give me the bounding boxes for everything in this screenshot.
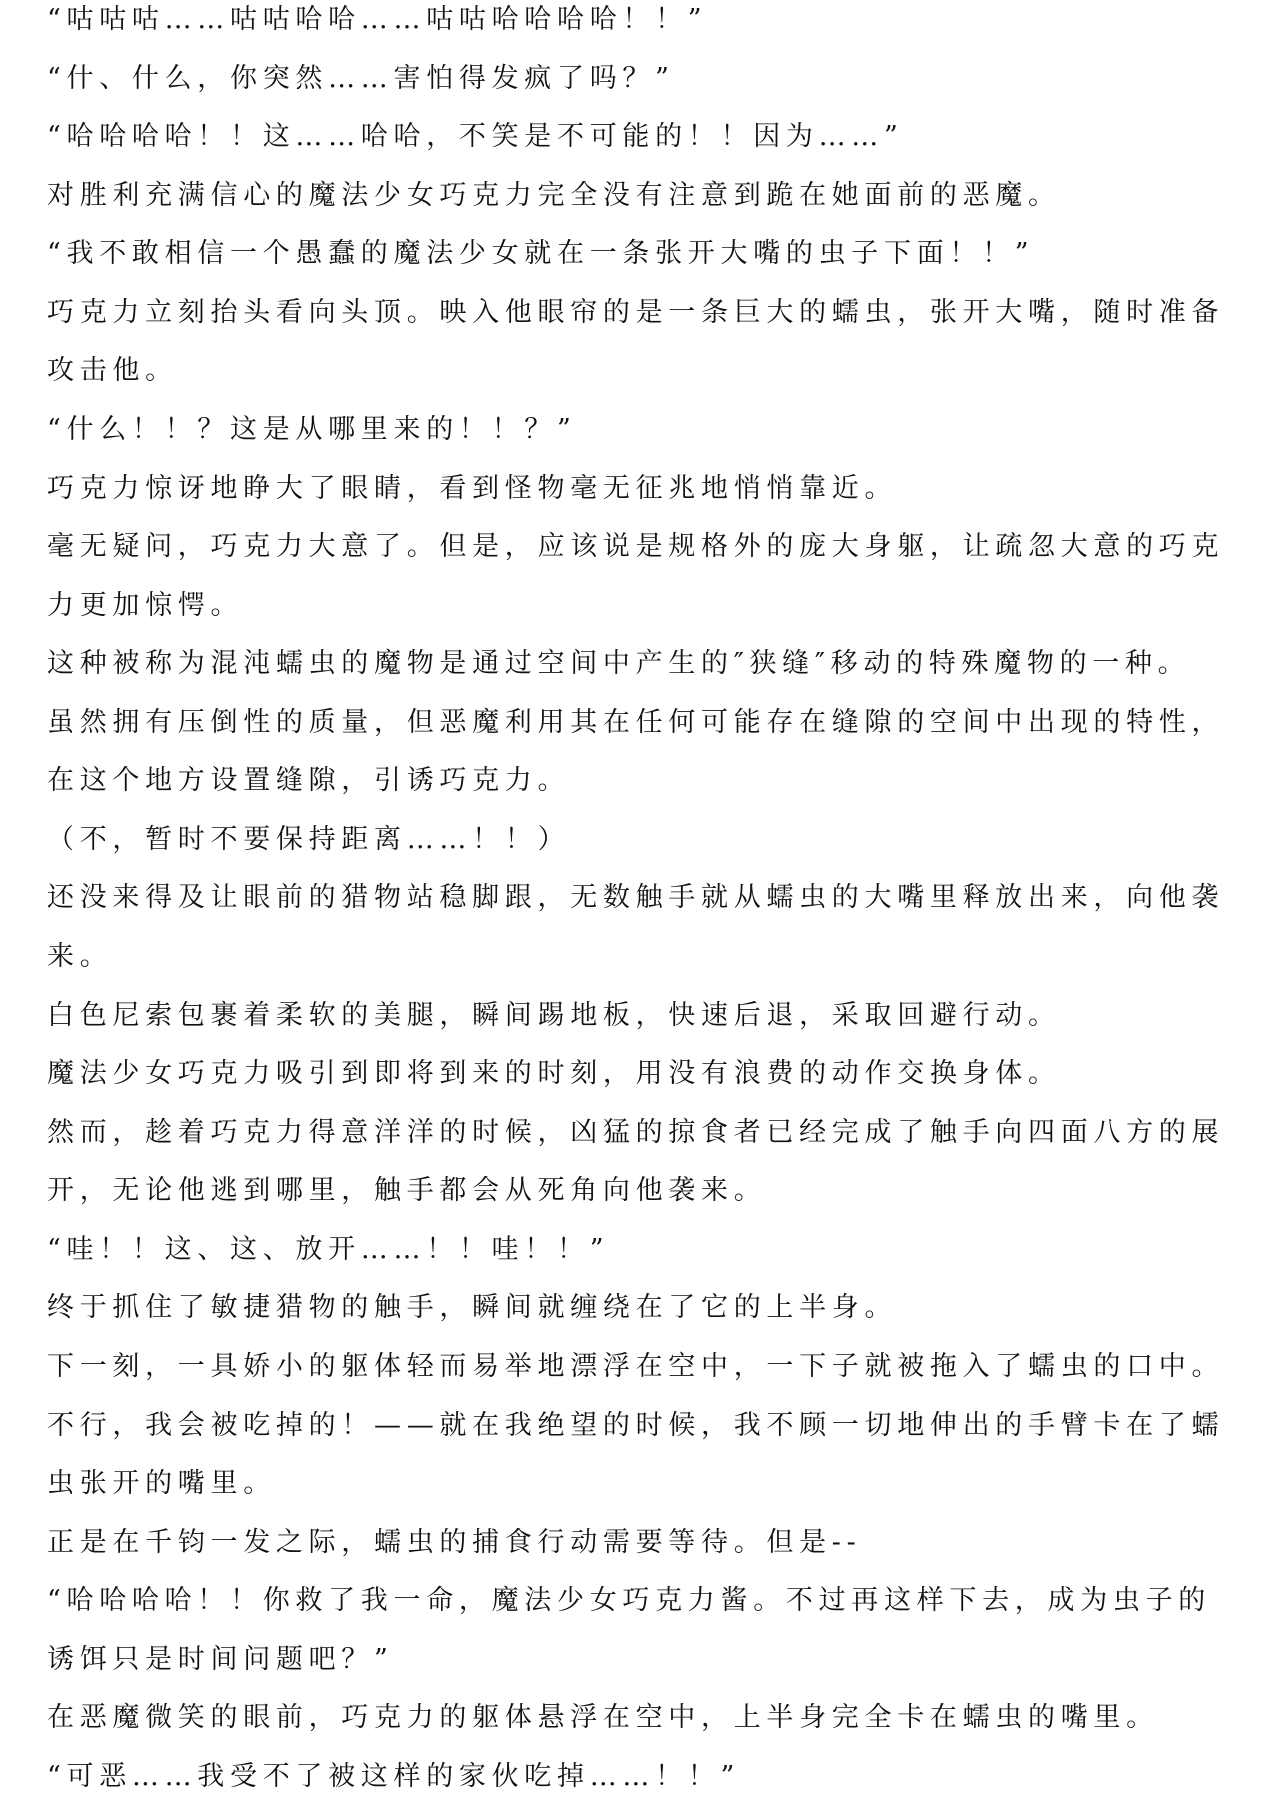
text-line: 毫无疑问，巧克力大意了。但是，应该说是规格外的庞大身躯，让疏忽大意的巧克 <box>47 518 1247 577</box>
text-line: 巧克力惊讶地睁大了眼睛，看到怪物毫无征兆地悄悄靠近。 <box>47 460 1247 519</box>
narration-paragraph: 然而，趁着巧克力得意洋洋的时候，凶猛的掠食者已经完成了触手向四面八方的展 开，无… <box>47 1104 1247 1221</box>
text-line: 这种被称为混沌蠕虫的魔物是通过空间中产生的″狭缝″移动的特殊魔物的一种。 <box>47 635 1247 694</box>
text-line: 来。 <box>47 928 1247 987</box>
dialogue-paragraph: “哈哈哈哈！！你救了我一命，魔法少女巧克力酱。不过再这样下去，成为虫子的 诱饵只… <box>47 1572 1247 1689</box>
dialogue-paragraph: “什么！！？这是从哪里来的！！？” <box>47 401 1247 460</box>
text-line: 攻击他。 <box>47 342 1247 401</box>
text-line: 虫张开的嘴里。 <box>47 1455 1247 1514</box>
narration-paragraph: 巧克力立刻抬头看向头顶。映入他眼帘的是一条巨大的蠕虫，张开大嘴，随时准备 攻击他… <box>47 284 1247 401</box>
text-line: 下一刻，一具娇小的躯体轻而易举地漂浮在空中，一下子就被拖入了蠕虫的口中。 <box>47 1338 1247 1397</box>
narration-paragraph: 毫无疑问，巧克力大意了。但是，应该说是规格外的庞大身躯，让疏忽大意的巧克 力更加… <box>47 518 1247 635</box>
text-line: 终于抓住了敏捷猎物的触手，瞬间就缠绕在了它的上半身。 <box>47 1279 1247 1338</box>
narration-paragraph: 不行，我会被吃掉的！——就在我绝望的时候，我不顾一切地伸出的手臂卡在了蠕 虫张开… <box>47 1397 1247 1514</box>
narration-paragraph: 终于抓住了敏捷猎物的触手，瞬间就缠绕在了它的上半身。 <box>47 1279 1247 1338</box>
dialogue-paragraph: “哇！！这、这、放开……！！哇！！” <box>47 1221 1247 1280</box>
text-line: “哈哈哈哈！！这……哈哈，不笑是不可能的！！因为……” <box>47 108 1247 167</box>
narration-paragraph: 正是在千钧一发之际，蠕虫的捕食行动需要等待。但是-- <box>47 1514 1247 1573</box>
text-line: 在恶魔微笑的眼前，巧克力的躯体悬浮在空中，上半身完全卡在蠕虫的嘴里。 <box>47 1689 1247 1748</box>
text-line: 开，无论他逃到哪里，触手都会从死角向他袭来。 <box>47 1162 1247 1221</box>
text-line: “可恶……我受不了被这样的家伙吃掉……！！” <box>47 1748 1247 1807</box>
text-line: 在这个地方设置缝隙，引诱巧克力。 <box>47 752 1247 811</box>
text-line: 然而，趁着巧克力得意洋洋的时候，凶猛的掠食者已经完成了触手向四面八方的展 <box>47 1104 1247 1163</box>
narration-paragraph: 在恶魔微笑的眼前，巧克力的躯体悬浮在空中，上半身完全卡在蠕虫的嘴里。 <box>47 1689 1247 1748</box>
text-line: “哇！！这、这、放开……！！哇！！” <box>47 1221 1247 1280</box>
dialogue-paragraph: “我不敢相信一个愚蠢的魔法少女就在一条张开大嘴的虫子下面！！” <box>47 225 1247 284</box>
text-line: “哈哈哈哈！！你救了我一命，魔法少女巧克力酱。不过再这样下去，成为虫子的 <box>47 1572 1247 1631</box>
dialogue-paragraph: “可恶……我受不了被这样的家伙吃掉……！！” <box>47 1748 1247 1807</box>
dialogue-paragraph: “什、什么，你突然……害怕得发疯了吗？” <box>47 50 1247 109</box>
text-line: 虽然拥有压倒性的质量，但恶魔利用其在任何可能存在缝隙的空间中出现的特性， <box>47 694 1247 753</box>
narration-paragraph: 巧克力惊讶地睁大了眼睛，看到怪物毫无征兆地悄悄靠近。 <box>47 460 1247 519</box>
narration-paragraph: 魔法少女巧克力吸引到即将到来的时刻，用没有浪费的动作交换身体。 <box>47 1045 1247 1104</box>
text-line: “我不敢相信一个愚蠢的魔法少女就在一条张开大嘴的虫子下面！！” <box>47 225 1247 284</box>
text-line: “咕咕咕……咕咕哈哈……咕咕哈哈哈哈！！” <box>47 0 1247 50</box>
text-line: 巧克力立刻抬头看向头顶。映入他眼帘的是一条巨大的蠕虫，张开大嘴，随时准备 <box>47 284 1247 343</box>
narration-paragraph: 下一刻，一具娇小的躯体轻而易举地漂浮在空中，一下子就被拖入了蠕虫的口中。 <box>47 1338 1247 1397</box>
narration-paragraph: 白色尼索包裹着柔软的美腿，瞬间踢地板，快速后退，采取回避行动。 <box>47 987 1247 1046</box>
text-line: 力更加惊愕。 <box>47 577 1247 636</box>
text-line: 正是在千钧一发之际，蠕虫的捕食行动需要等待。但是-- <box>47 1514 1247 1573</box>
narration-paragraph: 还没来得及让眼前的猎物站稳脚跟，无数触手就从蠕虫的大嘴里释放出来，向他袭 来。 <box>47 869 1247 986</box>
text-line: “什么！！？这是从哪里来的！！？” <box>47 401 1247 460</box>
thought-paragraph: （不，暂时不要保持距离……！！） <box>47 811 1247 870</box>
text-line: 还没来得及让眼前的猎物站稳脚跟，无数触手就从蠕虫的大嘴里释放出来，向他袭 <box>47 869 1247 928</box>
text-line: 白色尼索包裹着柔软的美腿，瞬间踢地板，快速后退，采取回避行动。 <box>47 987 1247 1046</box>
text-line: 魔法少女巧克力吸引到即将到来的时刻，用没有浪费的动作交换身体。 <box>47 1045 1247 1104</box>
dialogue-paragraph: “咕咕咕……咕咕哈哈……咕咕哈哈哈哈！！” <box>47 0 1247 50</box>
narration-paragraph: 这种被称为混沌蠕虫的魔物是通过空间中产生的″狭缝″移动的特殊魔物的一种。 <box>47 635 1247 694</box>
narration-paragraph: 对胜利充满信心的魔法少女巧克力完全没有注意到跪在她面前的恶魔。 <box>47 167 1247 226</box>
text-line: 诱饵只是时间问题吧？” <box>47 1631 1247 1690</box>
text-line: 不行，我会被吃掉的！——就在我绝望的时候，我不顾一切地伸出的手臂卡在了蠕 <box>47 1397 1247 1456</box>
text-line: “什、什么，你突然……害怕得发疯了吗？” <box>47 50 1247 109</box>
text-line: 对胜利充满信心的魔法少女巧克力完全没有注意到跪在她面前的恶魔。 <box>47 167 1247 226</box>
document-page: “咕咕咕……咕咕哈哈……咕咕哈哈哈哈！！” “什、什么，你突然……害怕得发疯了吗… <box>47 0 1247 1806</box>
dialogue-paragraph: “哈哈哈哈！！这……哈哈，不笑是不可能的！！因为……” <box>47 108 1247 167</box>
text-line: （不，暂时不要保持距离……！！） <box>47 811 1247 870</box>
narration-paragraph: 虽然拥有压倒性的质量，但恶魔利用其在任何可能存在缝隙的空间中出现的特性， 在这个… <box>47 694 1247 811</box>
